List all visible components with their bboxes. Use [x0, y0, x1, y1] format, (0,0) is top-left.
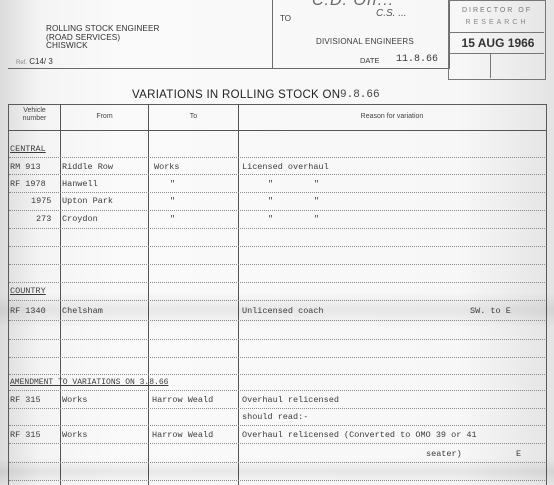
row-rule — [9, 462, 545, 463]
from-location: Works — [62, 430, 88, 440]
column-header-vehicle-line-2: number — [9, 115, 60, 123]
reason: seater) — [426, 449, 462, 459]
vehicle-number: RF 1978 — [10, 179, 46, 189]
row-rule — [9, 300, 545, 301]
column-header-vehicle: Vehicle number — [9, 107, 60, 123]
section-heading-central: CENTRAL — [10, 144, 46, 154]
reason: " " — [268, 214, 319, 224]
row-rule — [9, 357, 545, 358]
row-rule — [9, 320, 545, 321]
column-header-from: From — [61, 113, 148, 120]
reference-prefix: Ref. — [16, 60, 27, 66]
row-rule — [9, 157, 545, 158]
reason: " " — [268, 196, 319, 206]
row-rule — [9, 228, 545, 229]
row-rule — [9, 282, 545, 283]
reason: Overhaul relicensed (Converted to OMO 39… — [242, 430, 477, 440]
row-rule — [9, 480, 545, 481]
reason: Unlicensed coach — [242, 306, 324, 316]
page-title: VARIATIONS IN ROLLING STOCK ON — [132, 89, 340, 101]
vehicle-number: RM 913 — [10, 162, 41, 172]
to-location: Harrow Weald — [152, 395, 213, 405]
row-rule — [9, 264, 545, 265]
to-location: " — [170, 214, 175, 224]
recipient: DIVISIONAL ENGINEERS — [316, 37, 414, 46]
row-rule — [9, 192, 545, 193]
from-location: Upton Park — [62, 196, 113, 206]
to-label: TO — [280, 14, 291, 23]
sender-block: ROLLING STOCK ENGINEER (ROAD SERVICES) C… — [46, 25, 160, 51]
reason: Overhaul relicensed — [242, 395, 339, 405]
vehicle-number: 273 — [36, 214, 51, 224]
destination-note: E — [516, 449, 521, 459]
column-header-vehicle-line-1: Vehicle — [9, 107, 60, 115]
row-rule — [9, 374, 545, 375]
cc-handwritten: C.S. ... — [376, 8, 407, 19]
to-location: Harrow Weald — [152, 430, 213, 440]
reason: should read:- — [242, 412, 308, 422]
from-location: Works — [62, 395, 88, 405]
to-location: " — [170, 196, 175, 206]
to-location: " — [170, 179, 175, 189]
stamp-divider — [490, 53, 491, 78]
from-location: Croydon — [62, 214, 98, 224]
from-location: Hanwell — [62, 179, 98, 189]
date-value: 11.8.66 — [396, 54, 438, 65]
row-rule — [9, 339, 545, 340]
vehicle-number: RF 315 — [10, 430, 41, 440]
vehicle-number: RF 315 — [10, 395, 41, 405]
row-rule — [9, 246, 545, 247]
stamp-line-1: DIRECTOR OF — [452, 7, 542, 14]
row-rule — [9, 443, 545, 444]
stamp-line-2: RESEARCH — [452, 19, 542, 26]
sender-line-3: CHISWICK — [46, 42, 160, 51]
stamp-divider — [448, 32, 544, 33]
stamp-date: 15 AUG 1966 — [452, 36, 544, 50]
reason: " " — [268, 179, 319, 189]
section-heading-country: COUNTRY — [10, 286, 46, 296]
from-location: Riddle Row — [62, 162, 113, 172]
destination-note: SW. to E — [470, 306, 511, 316]
reason: Licensed overhaul — [242, 162, 329, 172]
reference: Ref. C14/ 3 — [16, 57, 53, 66]
section-heading-amendment: AMENDMENT TO VARIATIONS ON 3.8.66 — [10, 378, 168, 387]
column-header-to: To — [149, 113, 238, 120]
date-label: DATE — [360, 56, 379, 65]
vehicle-number: 1975 — [31, 196, 51, 206]
row-rule — [9, 408, 545, 409]
vehicle-number: RF 1340 — [10, 306, 46, 316]
stamp-divider — [448, 53, 544, 54]
reference-value: C14/ 3 — [29, 57, 53, 66]
row-rule — [9, 390, 545, 391]
from-location: Chelsham — [62, 306, 103, 316]
column-header-reason: Reason for variation — [239, 113, 545, 120]
row-rule — [9, 425, 545, 426]
title-date: 9.8.66 — [340, 89, 380, 101]
row-rule — [9, 174, 545, 175]
to-location: Works — [154, 162, 180, 172]
header-rule — [8, 130, 546, 131]
row-rule — [9, 210, 545, 211]
